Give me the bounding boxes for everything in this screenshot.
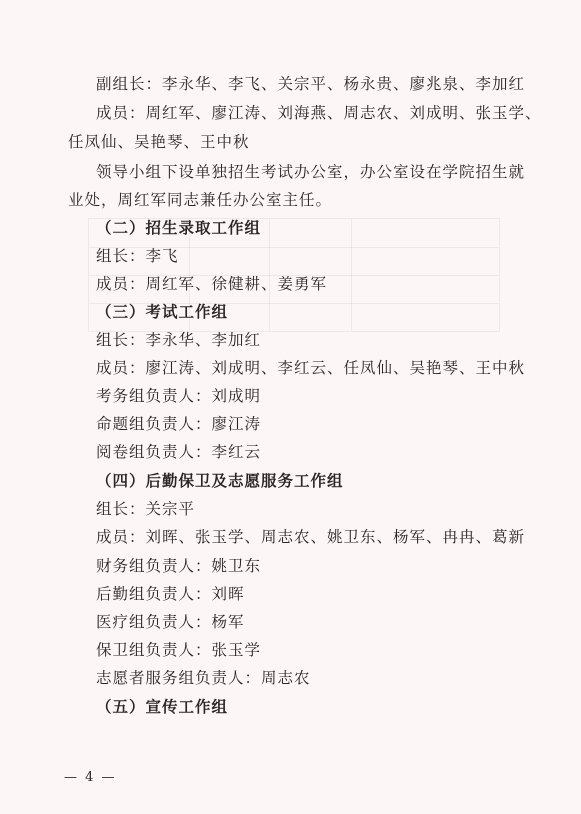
text-line: 领导小组下设单独招生考试办公室，办公室设在学院招生就 [96,162,525,182]
text-line: 志愿者服务组负责人：周志农 [96,668,311,688]
text-line: 组长：关宗平 [96,499,195,519]
text-line: 成员：廖江涛、刘成明、李红云、任凤仙、吴艳琴、王中秋 [96,358,525,378]
text-line: 副组长：李永华、李飞、关宗平、杨永贵、廖兆泉、李加红 [96,74,525,94]
text-line: 业处，周红军同志兼任办公室主任。 [68,190,332,210]
text-line: 考务组负责人：刘成明 [96,386,261,406]
text-line: 成员：周红军、徐健耕、姜勇军 [96,274,327,294]
text-line: 组长：李永华、李加红 [96,330,261,350]
section-heading: （二）招生录取工作组 [96,218,261,238]
section-heading: （五）宣传工作组 [96,697,228,717]
text-line: 任凤仙、吴艳琴、王中秋 [68,132,250,152]
text-line: 阅卷组负责人：李红云 [96,442,261,462]
section-heading: （四）后勤保卫及志愿服务工作组 [96,471,344,491]
document-page: 副组长：李永华、李飞、关宗平、杨永贵、廖兆泉、李加红成员：周红军、廖江涛、刘海燕… [0,0,581,814]
text-line: 成员：周红军、廖江涛、刘海燕、周志农、刘成明、张玉学、 [96,103,542,123]
text-line: 保卫组负责人：张玉学 [96,640,261,660]
text-line: 后勤组负责人：刘晖 [96,584,245,604]
text-line: 财务组负责人：姚卫东 [96,556,261,576]
text-line: 组长：李飞 [96,246,179,266]
text-line: 医疗组负责人：杨军 [96,612,245,632]
text-line: 命题组负责人：廖江涛 [96,414,261,434]
section-heading: （三）考试工作组 [96,302,228,322]
table-col-divider [351,219,352,331]
text-line: 成员：刘晖、张玉学、周志农、姚卫东、杨军、冉冉、葛新 [96,527,525,547]
page-number: — 4 — [64,770,117,785]
